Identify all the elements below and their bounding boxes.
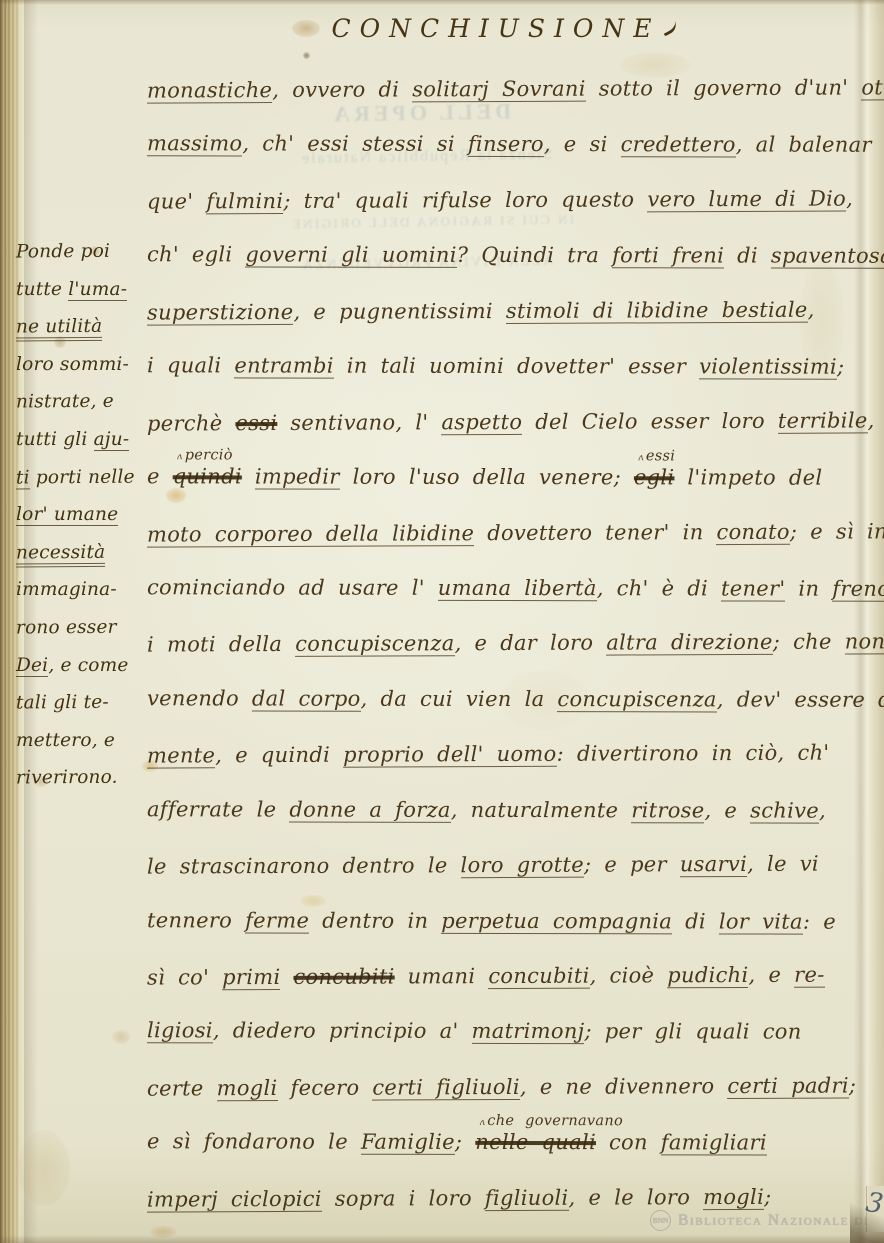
margin-note-line: lor' umane	[16, 496, 146, 534]
text-segment: fecero	[277, 1075, 372, 1099]
text-segment: cominciando ad usare l'	[147, 575, 438, 600]
text-segment: sopra i loro	[322, 1186, 485, 1211]
text-segment: di	[724, 244, 771, 268]
underlined-word: matrimonj	[472, 1019, 585, 1044]
underlined-word: famigliari	[661, 1131, 767, 1156]
underlined-word: concupiscenza	[295, 632, 454, 658]
text-segment: sotto il governo d'un'	[586, 75, 862, 100]
underlined-word: concubiti	[488, 964, 589, 989]
text-segment: perchè	[147, 411, 236, 435]
underlined-word: re-	[794, 963, 825, 988]
text-segment: e sì fondarono le	[147, 1130, 361, 1154]
margin-notes: Ponde poitutte l'uma-ne utilitàloro somm…	[16, 233, 146, 797]
text-segment: ;	[764, 1185, 771, 1209]
text-segment: riverirono.	[16, 767, 118, 789]
manuscript-line: tennero ferme dentro in perpetua compagn…	[147, 893, 867, 950]
margin-note-line: tutti gli aju-	[16, 421, 146, 459]
text-segment: tutte	[16, 279, 68, 300]
stamp-monogram-icon: BNN	[650, 1210, 671, 1231]
underlined-word: loro grotte	[460, 853, 584, 879]
text-segment: , e dar loro	[454, 631, 606, 656]
text-segment: di	[672, 909, 719, 933]
margin-note-line: ti porti nelle	[16, 458, 146, 497]
margin-note-line: tali gli te-	[16, 684, 146, 723]
manuscript-line: ch' egli governi gli uomini? Quindi tra …	[147, 228, 867, 285]
manuscript-line: certe mogli fecero certi figliuoli, e ne…	[147, 1058, 867, 1117]
manuscript-line: afferrate le donne a forza, naturalmente…	[147, 782, 867, 839]
margin-note-line: loro sommi-	[16, 346, 146, 384]
underlined-word: dal corpo	[252, 686, 361, 711]
text-segment: loro l'uso della venere;	[340, 465, 634, 490]
underlined-word: ligiosi	[147, 1019, 213, 1044]
underlined-word: certi figliuoli	[372, 1075, 520, 1101]
text-segment: umani	[395, 964, 489, 988]
underlined-word: fulmini	[206, 189, 283, 214]
text-segment: porti nelle	[30, 466, 135, 488]
underlined-word: lor vita	[719, 909, 803, 934]
manuscript-page: DELL OPERA Sienza la Repubblica Naturale…	[0, 0, 884, 1243]
manuscript-line: moto corporeo della libidine dovettero t…	[147, 504, 867, 563]
underlined-word: conato	[716, 519, 789, 544]
text-segment: in	[785, 577, 832, 601]
text-segment: , naturalmente	[451, 798, 632, 822]
underlined-word: monastiche	[147, 78, 272, 104]
underlined-word: entrambi	[234, 354, 333, 379]
margin-note-line: immagina-	[16, 571, 146, 609]
manuscript-line: perchè essi sentivano, l' aspetto del Ci…	[147, 393, 867, 452]
underlined-word: pudichi	[667, 963, 748, 988]
text-segment: , e	[704, 798, 750, 822]
manuscript-line: ligiosi, diedero principio a' matrimonj;…	[147, 1004, 867, 1061]
underlined-word: donne a forza	[289, 797, 450, 822]
text-segment: , cioè	[590, 963, 668, 987]
margin-note-line: necessità	[16, 533, 146, 572]
underlined-word: terribile	[778, 408, 868, 433]
text-segment: i moti della	[147, 632, 295, 657]
underlined-word: schive	[750, 798, 819, 823]
underlined-word: proprio dell' uomo	[343, 742, 557, 768]
interlinear-insertion: perciòquindi	[173, 449, 242, 505]
underlined-word: credettero	[621, 133, 736, 158]
underlined-word: certi padri	[727, 1073, 849, 1099]
text-segment: dovettero tener' in	[474, 520, 716, 545]
bottom-corner-shadow	[850, 1183, 884, 1243]
underlined-word: ti	[16, 467, 30, 489]
text-segment: , ch' essi stessi si	[242, 132, 468, 156]
pen-flourish-icon	[659, 17, 679, 36]
text-segment: que'	[147, 189, 206, 213]
text-segment: certe	[147, 1076, 217, 1100]
text-segment: , e le loro	[568, 1185, 703, 1210]
text-segment: ,	[819, 798, 826, 822]
text-segment: , ch' è di	[597, 576, 721, 600]
text-segment: rono esser	[16, 617, 117, 639]
underlined-word: spaventosa	[771, 244, 884, 269]
text-segment: , diedero principio a'	[213, 1019, 472, 1044]
manuscript-line: e sì fondarono le Famiglie; che governav…	[147, 1115, 867, 1172]
struck-word: concubiti	[293, 964, 394, 988]
underlined-word: non	[845, 630, 884, 655]
body-text: monastiche, ovvero di solitarj Sovrani s…	[147, 62, 867, 1226]
text-segment: ; e per	[584, 852, 680, 876]
interlinear-insertion: essiegli	[634, 450, 675, 506]
text-segment: , dev' essere della	[717, 687, 884, 711]
underlined-word: ottimo	[861, 75, 884, 100]
text-segment: , e ne divennero	[520, 1074, 728, 1099]
text-segment: ; tra' quali rifulse loro questo	[283, 187, 647, 213]
underlined-word: necessità	[16, 542, 106, 568]
underlined-word: l'uma-	[68, 279, 127, 301]
text-segment: , da cui vien la	[361, 687, 558, 711]
top-page-edge	[0, 0, 884, 5]
manuscript-line: i quali entrambi in tali uomini dovetter…	[147, 338, 867, 395]
underlined-word: imperj ciclopici	[147, 1187, 322, 1213]
text-segment: ,	[808, 297, 815, 321]
margin-note-line: Dei, e come	[16, 647, 146, 685]
underlined-word: mogli	[217, 1076, 278, 1101]
manuscript-line: sì co' primi concubiti umani concubiti, …	[147, 947, 867, 1006]
text-segment: , e pugnentissimi	[293, 299, 506, 324]
text-segment: mettero, e	[16, 730, 115, 751]
text-segment: venendo	[147, 686, 252, 710]
underlined-word: vero lume di Dio	[647, 186, 846, 212]
text-segment: nistrate, e	[16, 391, 114, 413]
manuscript-line: monastiche, ovvero di solitarj Sovrani s…	[147, 60, 867, 119]
manuscript-line: i moti della concupiscenza, e dar loro a…	[147, 615, 867, 674]
text-segment: sì co'	[147, 965, 222, 989]
text-segment: sentivano, l'	[277, 410, 441, 435]
underlined-word: ritrose	[631, 798, 704, 823]
underlined-word: superstizione	[147, 300, 294, 326]
underlined-word: perpetua compagnia	[441, 908, 672, 933]
underlined-word: violentissimi	[699, 355, 837, 380]
manuscript-line: e perciòquindi impedir loro l'uso della …	[147, 449, 867, 506]
text-segment: l'impeto del	[674, 465, 822, 489]
text-segment: le strascinarono dentro le	[147, 853, 461, 878]
text-segment: tutti gli	[16, 429, 94, 450]
text-segment: ;	[455, 1130, 475, 1154]
underlined-word: aju-	[94, 429, 130, 451]
text-segment: : divertirono in ciò, ch'	[557, 741, 830, 766]
text-segment: , e quindi	[215, 743, 343, 768]
text-segment	[242, 465, 255, 489]
text-segment: afferrate le	[147, 797, 289, 821]
text-segment: con	[596, 1130, 661, 1154]
text-segment: tali gli te-	[16, 692, 109, 714]
text-segment: ;	[837, 355, 844, 379]
underlined-word: altra direzione	[606, 630, 773, 656]
text-segment: , al balenar di	[736, 133, 884, 157]
underlined-word: governi gli uomini	[245, 243, 456, 268]
text-segment: loro sommi-	[16, 354, 129, 375]
interlinear-insertion: che governavanonelle quali	[475, 1115, 596, 1171]
margin-note-line: ne utilità	[16, 308, 146, 347]
text-segment	[280, 965, 293, 989]
underlined-word: stimoli di libidine bestiale	[506, 297, 808, 323]
text-segment: , e	[748, 963, 794, 987]
underlined-word: forti freni	[612, 244, 724, 269]
text-segment: dentro in	[309, 908, 441, 932]
text-segment: , e si	[544, 133, 621, 157]
margin-note-line: mettero, e	[16, 722, 146, 760]
manuscript-line: superstizione, e pugnentissimi stimoli d…	[147, 282, 867, 341]
text-segment: ch' egli	[147, 243, 245, 267]
text-segment: , le vi	[747, 852, 819, 876]
text-segment: ; che	[773, 630, 845, 654]
margin-note-line: tutte l'uma-	[16, 271, 146, 309]
text-segment: tennero	[147, 908, 245, 932]
underlined-word: concupiscenza	[557, 687, 716, 712]
underlined-word: moto corporeo della libidine	[147, 521, 474, 547]
underlined-word: primi	[222, 965, 280, 990]
underlined-word: massimo	[147, 132, 242, 157]
margin-note-line: riverirono.	[16, 759, 146, 798]
text-segment: ;	[849, 1073, 856, 1097]
text-segment: ? Quindi tra	[457, 243, 612, 267]
underlined-word: freno	[832, 577, 884, 602]
text-segment: ; per gli quali con	[584, 1020, 801, 1044]
manuscript-line: venendo dal corpo, da cui vien la concup…	[147, 671, 867, 728]
underlined-word: aspetto	[441, 410, 522, 435]
underlined-word: tener'	[721, 576, 785, 601]
text-segment: : e	[803, 909, 836, 933]
text-segment: , ovvero di	[272, 77, 412, 102]
manuscript-line: que' fulmini; tra' quali rifulse loro qu…	[147, 171, 867, 230]
text-segment: i quali	[147, 353, 234, 377]
manuscript-line: cominciando ad usare l' umana libertà, c…	[147, 560, 867, 617]
bottom-page-edge	[0, 1235, 884, 1243]
margin-note-line: Ponde poi	[16, 233, 146, 272]
underlined-word: figliuoli	[485, 1185, 569, 1210]
text-segment: , e come	[48, 655, 128, 676]
underlined-word: mogli	[703, 1185, 764, 1210]
text-segment: in tali uomini dovetter' esser	[334, 354, 699, 379]
text-segment: del Cielo esser loro	[522, 408, 778, 433]
underlined-word: finsero	[468, 132, 544, 157]
underlined-word: ne utilità	[16, 316, 102, 342]
text-segment: immagina-	[16, 579, 117, 600]
text-segment: ; e sì in-	[790, 519, 884, 543]
page-title-text: CONCHIUSIONE	[332, 14, 661, 43]
manuscript-line: le strascinarono dentro le loro grotte; …	[147, 837, 867, 896]
underlined-word: Famiglie	[361, 1130, 455, 1155]
library-stamp: BNN Biblioteca Nazionale di Napoli	[650, 1210, 884, 1231]
underlined-word: mente	[147, 744, 215, 769]
text-segment: e	[147, 464, 173, 488]
underlined-word: usarvi	[680, 852, 747, 877]
underlined-word: ferme	[245, 908, 309, 933]
underlined-word: umana libertà	[438, 576, 597, 601]
margin-note-line: rono esser	[16, 608, 146, 647]
manuscript-line: massimo, ch' essi stessi si finsero, e s…	[147, 117, 867, 174]
underlined-word: solitarj Sovrani	[412, 77, 586, 103]
text-segment: ,	[846, 186, 853, 210]
struck-word: essi	[235, 411, 277, 435]
manuscript-line: mente, e quindi proprio dell' uomo: dive…	[147, 726, 867, 785]
margin-note-line: nistrate, e	[16, 383, 146, 422]
text-segment: Ponde poi	[16, 241, 110, 263]
page-title: CONCHIUSIONE	[147, 14, 863, 43]
underlined-word: lor' umane	[16, 504, 118, 526]
underlined-word: impedir	[255, 465, 340, 490]
underlined-word: Dei	[16, 655, 48, 677]
text-segment: ,	[867, 408, 874, 432]
